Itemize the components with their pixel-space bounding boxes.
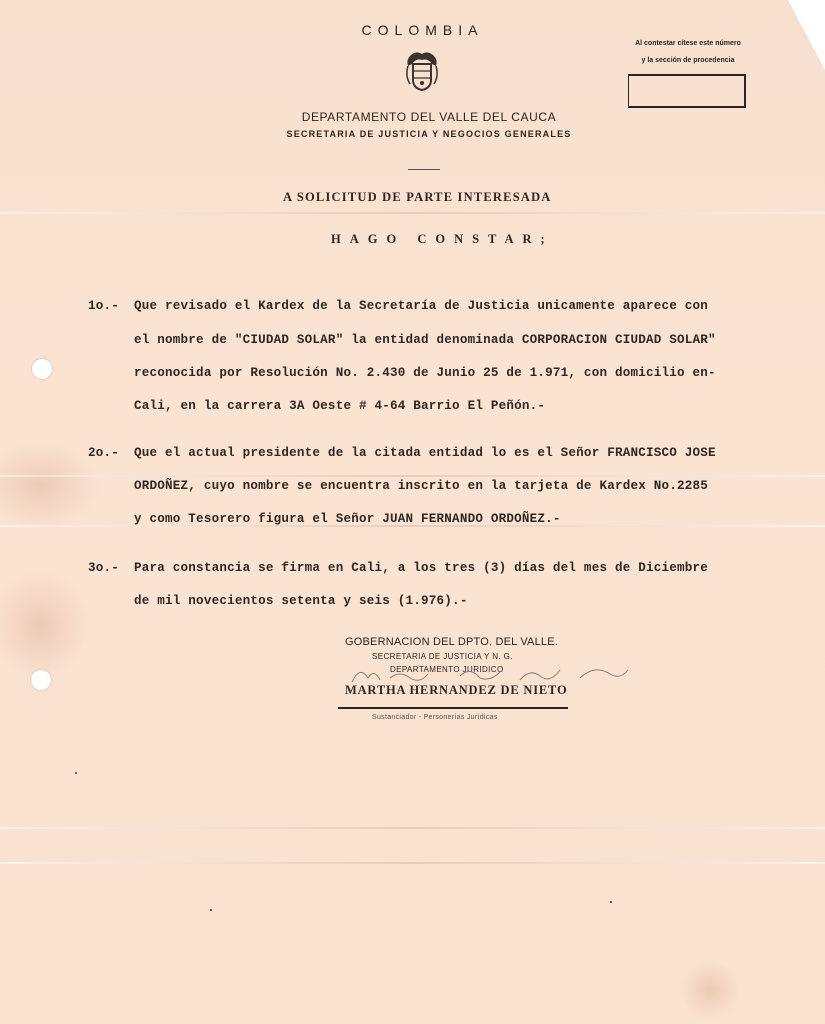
stamp-line-governorship: GOBERNACION DEL DPTO. DEL VALLE. <box>345 636 558 648</box>
certify-heading: HAGO CONSTAR; <box>331 232 554 247</box>
ink-speck <box>610 901 612 903</box>
clause-number: 2o.- <box>88 446 119 460</box>
paper-fold <box>0 475 825 477</box>
document-page: COLOMBIA DEPARTAMENTO DEL VALLE DEL CAUC… <box>0 0 825 1024</box>
clause-line: Que el actual presidente de la citada en… <box>134 446 716 460</box>
paper-stain <box>0 570 90 680</box>
signature-rule <box>338 707 568 709</box>
letterhead-department: DEPARTAMENTO DEL VALLE DEL CAUCA <box>0 110 825 124</box>
clause-line: el nombre de "CIUDAD SOLAR" la entidad d… <box>134 333 716 347</box>
clause-line: Para constancia se firma en Cali, a los … <box>134 561 708 575</box>
reference-number-box <box>628 74 746 108</box>
paper-fold <box>0 212 825 214</box>
paper-fold <box>0 827 825 829</box>
signer-name: MARTHA HERNANDEZ DE NIETO <box>345 683 567 698</box>
punch-hole <box>32 359 52 379</box>
paper-stain <box>0 440 100 530</box>
clause-line: reconocida por Resolución No. 2.430 de J… <box>134 366 716 380</box>
letterhead-country: COLOMBIA <box>0 22 825 38</box>
paper-fold <box>0 862 825 864</box>
clause-number: 1o.- <box>88 299 119 313</box>
request-heading: A SOLICITUD DE PARTE INTERESADA <box>283 190 552 205</box>
reference-box-label: y la sección de procedencia <box>618 57 758 64</box>
clause-line: ORDOÑEZ, cuyo nombre se encuentra inscri… <box>134 479 708 493</box>
reference-box-label: Al contestar cítese este número <box>618 40 758 47</box>
paper-stain <box>680 960 740 1020</box>
letterhead-secretariat: SECRETARIA DE JUSTICIA Y NEGOCIOS GENERA… <box>0 129 825 139</box>
separator-dash <box>408 169 440 170</box>
clause-line: y como Tesorero figura el Señor JUAN FER… <box>134 512 561 526</box>
clause-line: Que revisado el Kardex de la Secretaría … <box>134 299 708 313</box>
colombia-coat-of-arms-icon <box>402 50 442 94</box>
ink-speck <box>75 772 77 774</box>
clause-line: de mil novecientos setenta y seis (1.976… <box>134 594 468 608</box>
clause-number: 3o.- <box>88 561 119 575</box>
signer-title: Sustanciador - Personerías Jurídicas <box>372 714 498 721</box>
punch-hole <box>31 670 51 690</box>
clause-line: Cali, en la carrera 3A Oeste # 4-64 Barr… <box>134 399 545 413</box>
ink-speck <box>210 909 212 911</box>
